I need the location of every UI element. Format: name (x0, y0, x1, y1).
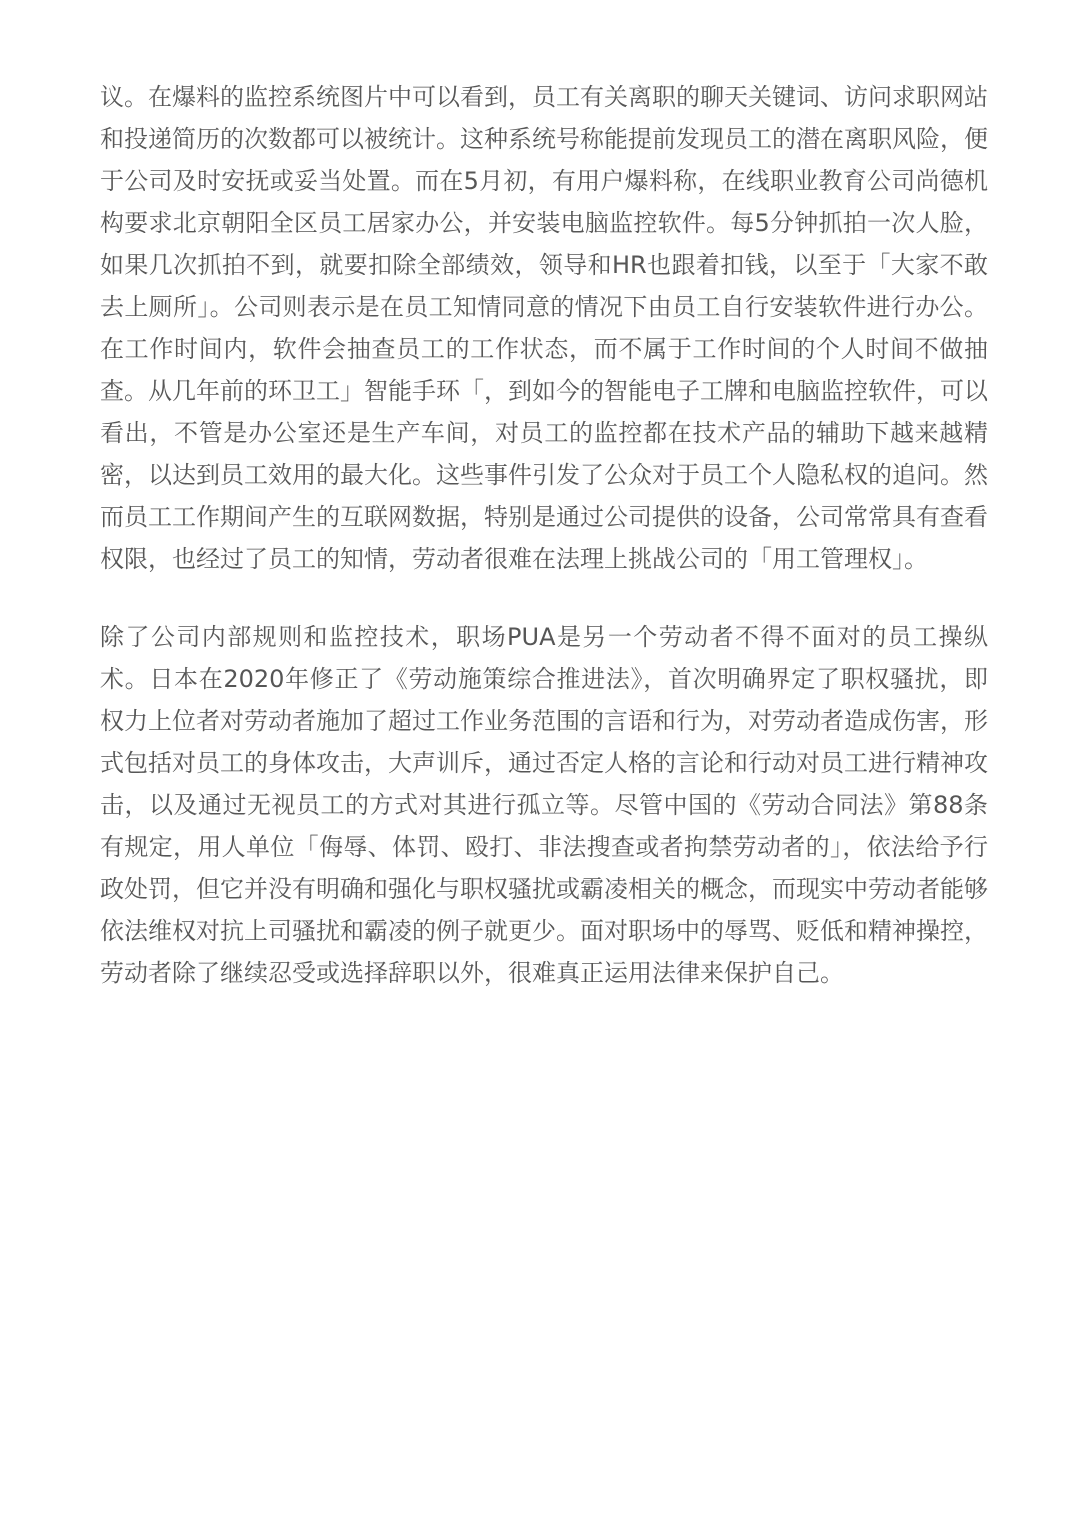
document-page: 议。在爆料的监控系统图片中可以看到，员工有关离职的聊天关键词、访问求职网站和投递… (0, 0, 1080, 1528)
paragraph-workplace-pua: 除了公司内部规则和监控技术，职场PUA是另一个劳动者不得不面对的员工操纵术。日本… (100, 616, 988, 994)
article-body: 议。在爆料的监控系统图片中可以看到，员工有关离职的聊天关键词、访问求职网站和投递… (100, 76, 988, 994)
paragraph-monitoring: 议。在爆料的监控系统图片中可以看到，员工有关离职的聊天关键词、访问求职网站和投递… (100, 76, 988, 580)
